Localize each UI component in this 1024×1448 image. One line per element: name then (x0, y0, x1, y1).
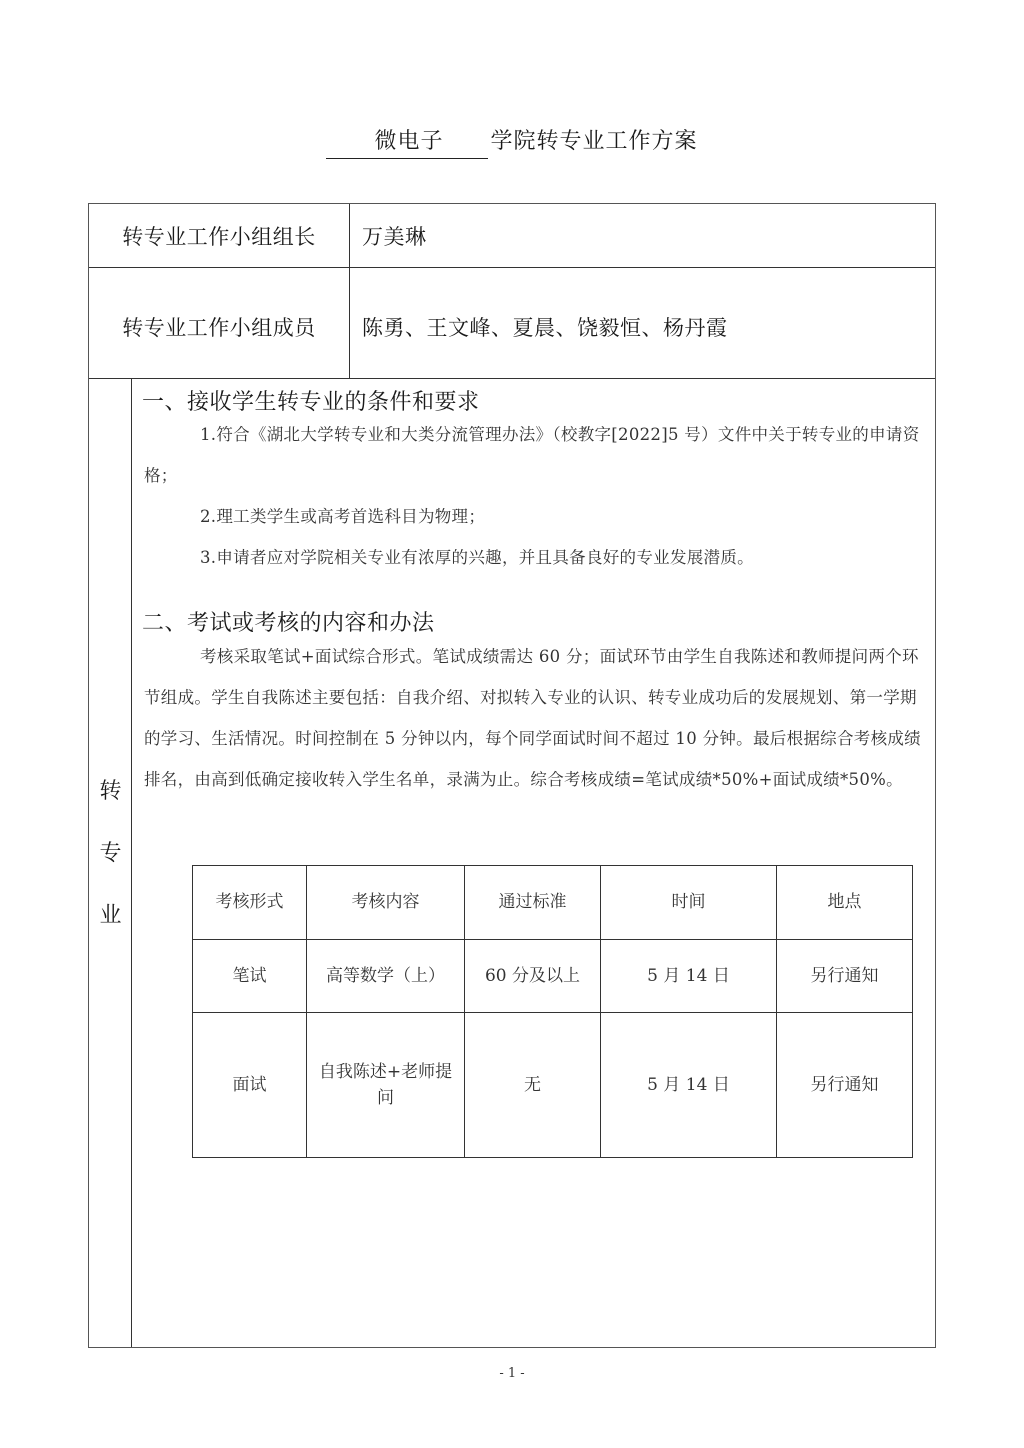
side-label-column: 转 专 业 (89, 379, 132, 1347)
table-cell: 高等数学（上） (307, 939, 465, 1013)
header-cell: 考核内容 (307, 866, 465, 940)
exam-table-header: 考核形式 考核内容 通过标准 时间 地点 (193, 866, 913, 940)
exam-table: 考核形式 考核内容 通过标准 时间 地点 笔试 高等数学（上） 60 分及以上 … (192, 865, 913, 1158)
section2-heading: 二、考试或考核的内容和办法 (142, 606, 435, 637)
side-label-char: 转 (89, 774, 132, 805)
table-cell: 另行通知 (777, 1013, 913, 1158)
table-row: 笔试 高等数学（上） 60 分及以上 5 月 14 日 另行通知 (193, 939, 913, 1013)
side-label-char: 业 (89, 898, 132, 929)
college-name: 微电子 (326, 128, 488, 159)
leader-row: 转专业工作小组组长 万美琳 (89, 204, 935, 268)
title-suffix: 学院转专业工作方案 (490, 129, 697, 154)
table-cell: 笔试 (193, 939, 307, 1013)
plan-table: 转专业工作小组组长 万美琳 转专业工作小组成员 陈勇、王文峰、夏晨、饶毅恒、杨丹… (88, 203, 936, 1348)
header-cell: 时间 (601, 866, 777, 940)
table-cell: 另行通知 (777, 939, 913, 1013)
section1-heading: 一、接收学生转专业的条件和要求 (142, 385, 480, 416)
table-cell: 自我陈述+老师提问 (307, 1013, 465, 1158)
members-value: 陈勇、王文峰、夏晨、饶毅恒、杨丹霞 (350, 268, 935, 378)
header-cell: 考核形式 (193, 866, 307, 940)
leader-label: 转专业工作小组组长 (89, 204, 350, 267)
section2-paragraph: 考核采取笔试+面试综合形式。笔试成绩需达 60 分；面试环节由学生自我陈述和教师… (144, 636, 930, 800)
page-title: 微电子学院转专业工作方案 (0, 124, 1024, 159)
members-row: 转专业工作小组成员 陈勇、王文峰、夏晨、饶毅恒、杨丹霞 (89, 268, 935, 379)
header-cell: 地点 (777, 866, 913, 940)
page-number: - 1 - (0, 1366, 1024, 1381)
table-cell: 5 月 14 日 (601, 1013, 777, 1158)
transfer-content: 一、接收学生转专业的条件和要求 1.符合《湖北大学转专业和大类分流管理办法》（校… (132, 379, 935, 1347)
table-row: 面试 自我陈述+老师提问 无 5 月 14 日 另行通知 (193, 1013, 913, 1158)
section1-item-3: 3.申请者应对学院相关专业有浓厚的兴趣，并且具备良好的专业发展潜质。 (144, 537, 930, 578)
members-label: 转专业工作小组成员 (89, 268, 350, 378)
table-cell: 面试 (193, 1013, 307, 1158)
transfer-section-row: 转 专 业 一、接收学生转专业的条件和要求 1.符合《湖北大学转专业和大类分流管… (89, 379, 935, 1347)
leader-value: 万美琳 (350, 204, 935, 267)
section1-item-2: 2.理工类学生或高考首选科目为物理； (144, 496, 930, 537)
table-cell: 60 分及以上 (465, 939, 601, 1013)
table-cell: 5 月 14 日 (601, 939, 777, 1013)
side-label-char: 专 (89, 836, 132, 867)
section1-item-1: 1.符合《湖北大学转专业和大类分流管理办法》（校教字[2022]5 号）文件中关… (144, 414, 930, 496)
header-cell: 通过标准 (465, 866, 601, 940)
table-cell: 无 (465, 1013, 601, 1158)
